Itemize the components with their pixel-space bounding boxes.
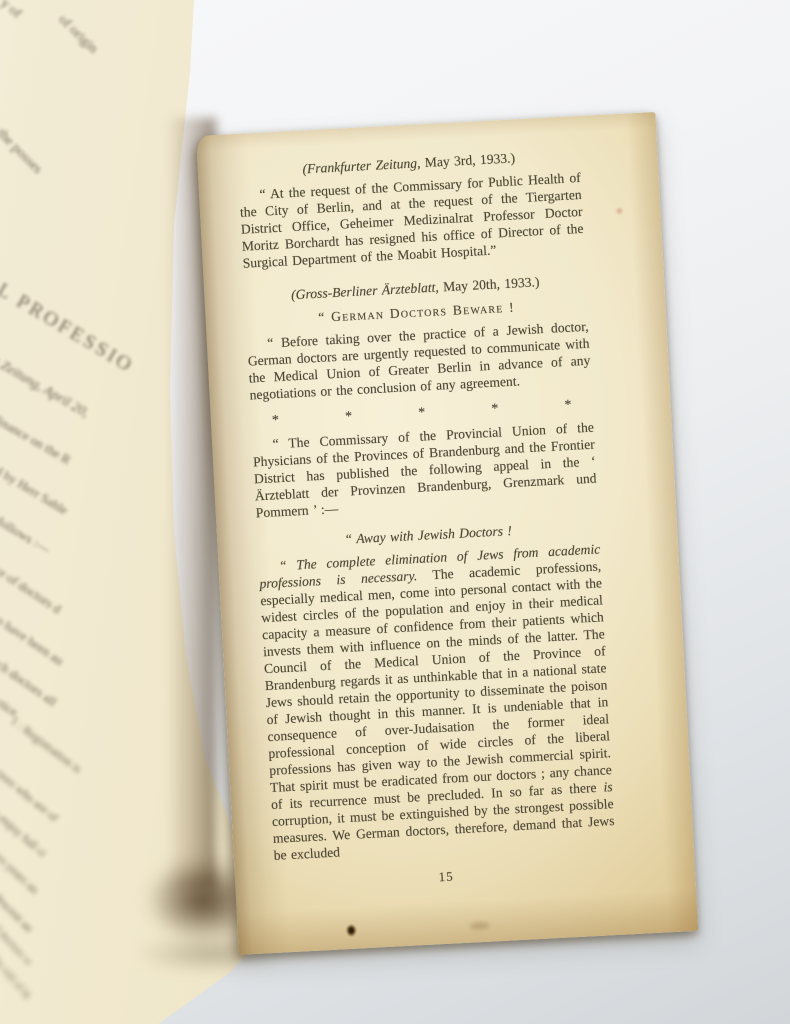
foxing-smudge [470,922,490,930]
left-page-fragment: AL PROFESSIO [0,270,138,379]
asterisk: * [272,412,280,429]
asterisk: * [418,404,426,421]
right-page: (Frankfurter Zeitung, May 3rd, 1933.) “ … [196,112,698,955]
paragraph-commissary-appeal-intro: “ The Commissary of the Provincial Union… [252,419,598,522]
paragraph-practice-takeover-notice: “ Before taking over the practice of a J… [247,318,592,404]
page-number: 15 [275,859,617,894]
left-page-fragment: rter Zeitung, April 20, [0,346,91,422]
left-page-fragment: y of [0,0,24,22]
asterisk: * [345,408,353,425]
paragraph-appeal-body: “ The complete elimination of Jews from … [258,540,616,863]
asterisk: * [564,397,572,414]
left-page-fragment: of origin [54,12,100,57]
asterisk: * [491,401,499,418]
left-page-fragment: as follows :— [0,506,53,557]
photo-open-book: y ofof originil as in the possesAL PROFE… [0,0,790,1024]
left-page-fragment: ractice of doctors d [0,549,64,617]
paragraph-borchardt-resignation: “ At the request of the Commissary for P… [239,169,585,272]
left-page-fragment: 1 : Registration is [7,714,84,777]
left-page-fragment: il as in the posses [0,97,45,178]
foxing-spot [345,924,357,938]
right-page-text: (Frankfurter Zeitung, May 3rd, 1933.) “ … [196,112,695,896]
